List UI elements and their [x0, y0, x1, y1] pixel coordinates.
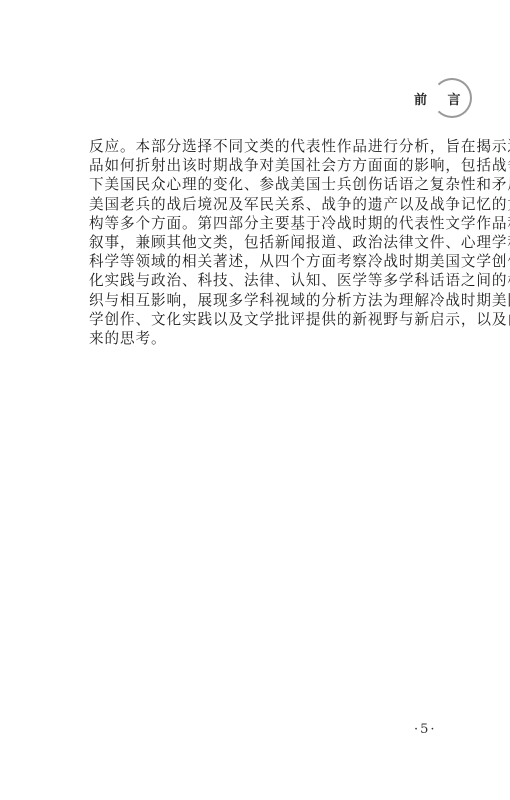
text-line: 下美国民众心理的变化、参战美国士兵创伤话语之复杂性和矛盾性、 — [89, 175, 429, 194]
text-line: 品如何折射出该时期战争对美国社会方方面面的影响，包括战争阴影 — [89, 156, 429, 175]
text-line: 来的思考。 — [89, 329, 429, 348]
text-line: 科学等领域的相关著述，从四个方面考察冷战时期美国文学创作和文 — [89, 252, 429, 271]
text-line: 学创作、文化实践以及文学批评提供的新视野与新启示，以及由此带 — [89, 310, 429, 329]
running-header: 前 言 — [418, 78, 478, 122]
chapter-title: 前 言 — [414, 89, 469, 108]
body-paragraph: 反应。本部分选择不同文类的代表性作品进行分析，旨在揭示这些作 品如何折射出该时期… — [89, 137, 429, 348]
text-line: 织与相互影响，展现多学科视域的分析方法为理解冷战时期美国的文 — [89, 291, 429, 310]
text-line: 构等多个方面。第四部分主要基于冷战时期的代表性文学作品和电影 — [89, 214, 429, 233]
text-line: 叙事，兼顾其他文类，包括新闻报道、政治法律文件、心理学和认知 — [89, 233, 429, 252]
text-line: 化实践与政治、科技、法律、认知、医学等多学科话语之间的相互交 — [89, 271, 429, 290]
text-line: 美国老兵的战后境况及军民关系、战争的遗产以及战争记忆的文化建 — [89, 195, 429, 214]
text-line: 反应。本部分选择不同文类的代表性作品进行分析，旨在揭示这些作 — [89, 137, 429, 156]
page-number: ·5· — [414, 722, 437, 737]
